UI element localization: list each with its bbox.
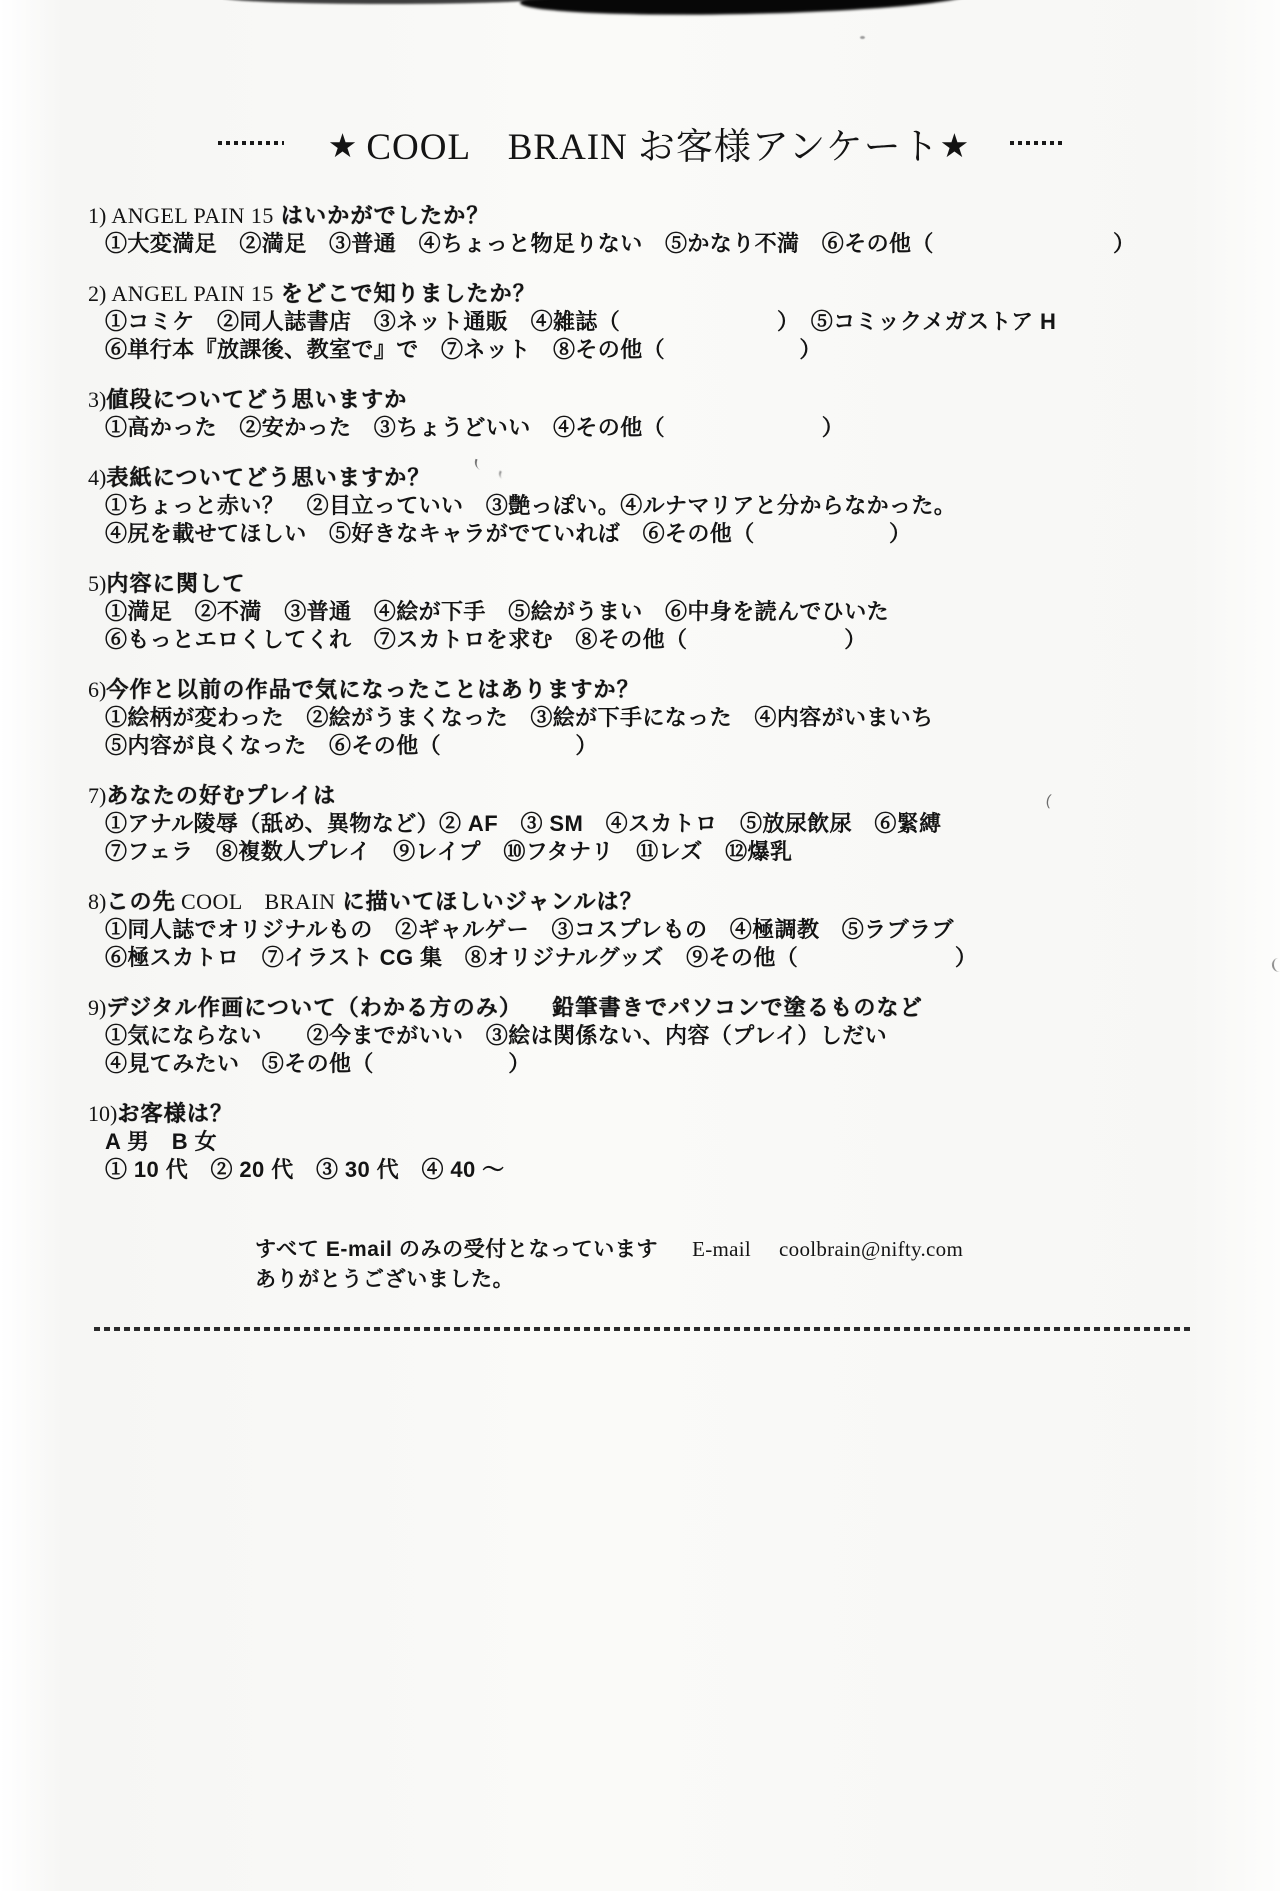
question-7-header: 7)あなたの好むプレイは — [88, 782, 1280, 810]
question-3-options: ①高かった ②安かった ③ちょうどいい ④その他（ ） — [105, 414, 1280, 442]
title-japanese: お客様アンケート — [638, 127, 940, 168]
question-9-options-row2: ④見てみたい ⑤その他（ ） — [105, 1050, 1280, 1078]
star-icon: ★ — [328, 126, 359, 165]
question-number: 2) — [88, 281, 106, 306]
question-title: はいかがでしたか？ — [281, 203, 490, 228]
question-list: 1)ANGEL PAIN 15はいかがでしたか？ ①大変満足 ②満足 ③普通 ④… — [0, 202, 1280, 1184]
question-9-options-row1: ①気にならない ②今までがいい ③絵は関係ない、内容（プレイ）しだい — [105, 1022, 1280, 1050]
question-note: 鉛筆書きでパソコンで塗るものなど — [552, 995, 923, 1020]
question-4-options-row1: ①ちょっと赤い？ ②目立っていい ③艶っぽい。④ルナマリアと分からなかった。 — [105, 492, 1280, 520]
question-10-header: 10)お客様は？ — [88, 1100, 1280, 1128]
question-title: 今作と以前の作品で気になったことはありますか？ — [106, 677, 640, 702]
question-number: 6) — [88, 677, 106, 702]
page-title: ★COOL BRAINお客様アンケート★ — [0, 0, 1280, 170]
bottom-dashed-rule — [94, 1327, 1192, 1331]
title-brand: COOL BRAIN — [366, 127, 627, 168]
question-3-header: 3)値段についてどう思いますか — [88, 386, 1280, 414]
question-title: 表紙についてどう思いますか？ — [106, 465, 430, 490]
question-number: 9) — [88, 995, 106, 1020]
question-number: 10) — [88, 1101, 117, 1126]
question-10-gender-row: A 男 B 女 — [105, 1128, 1280, 1156]
scanned-questionnaire-page: ( ★COOL BRAINお客様アンケート★ 1)ANGEL PAIN 15はい… — [0, 0, 1280, 1891]
email-label: E-mail — [692, 1237, 751, 1261]
question-title: をどこで知りましたか？ — [281, 281, 536, 306]
dashed-rule-right — [1010, 141, 1062, 145]
question-title: 値段についてどう思いますか — [106, 387, 407, 412]
question-5-options-row2: ⑥もっとエロくしてくれ ⑦スカトロを求む ⑧その他（ ） — [105, 626, 1280, 654]
question-8: 8)この先COOL BRAINに描いてほしいジャンルは？ ①同人誌でオリジナルも… — [88, 888, 1280, 972]
question-title: に描いてほしいジャンルは？ — [342, 889, 643, 914]
question-5: 5)内容に関して ①満足 ②不満 ③普通 ④絵が下手 ⑤絵がうまい ⑥中身を読ん… — [88, 570, 1280, 654]
question-1: 1)ANGEL PAIN 15はいかがでしたか？ ①大変満足 ②満足 ③普通 ④… — [88, 202, 1280, 258]
question-title: 内容に関して — [106, 571, 245, 596]
question-10: 10)お客様は？ A 男 B 女 ① 10 代 ② 20 代 ③ 30 代 ④ … — [88, 1100, 1280, 1184]
question-9: 9)デジタル作画について（わかる方のみ）鉛筆書きでパソコンで塗るものなど ①気に… — [88, 994, 1280, 1078]
question-number: 1) — [88, 203, 106, 228]
footer-contact-text: すべて E-mail のみの受付となっています — [255, 1238, 658, 1261]
question-8-header: 8)この先COOL BRAINに描いてほしいジャンルは？ — [88, 888, 1280, 916]
question-number: 5) — [88, 571, 106, 596]
question-title: デジタル作画について（わかる方のみ） — [106, 995, 522, 1020]
footer: すべて E-mail のみの受付となっていますE-mailcoolbrain@n… — [255, 1234, 1280, 1295]
email-address: coolbrain@nifty.com — [779, 1237, 963, 1261]
star-icon: ★ — [940, 126, 971, 165]
question-4-header: 4)表紙についてどう思いますか？ — [88, 464, 1280, 492]
question-5-header: 5)内容に関して — [88, 570, 1280, 598]
question-6: 6)今作と以前の作品で気になったことはありますか？ ①絵柄が変わった ②絵がうま… — [88, 676, 1280, 760]
footer-contact-line: すべて E-mail のみの受付となっていますE-mailcoolbrain@n… — [255, 1234, 1280, 1265]
question-3: 3)値段についてどう思いますか ①高かった ②安かった ③ちょうどいい ④その他… — [88, 386, 1280, 442]
question-latin-text: ANGEL PAIN 15 — [111, 281, 274, 306]
question-7-options-row1: ①アナル陵辱（舐め、異物など）② AF ③ SM ④スカトロ ⑤放尿飲尿 ⑥緊縛 — [105, 810, 1280, 838]
question-latin-text: ANGEL PAIN 15 — [111, 203, 274, 228]
question-2: 2)ANGEL PAIN 15をどこで知りましたか？ ①コミケ ②同人誌書店 ③… — [88, 280, 1280, 364]
question-1-header: 1)ANGEL PAIN 15はいかがでしたか？ — [88, 202, 1280, 230]
question-latin-text: COOL BRAIN — [181, 889, 336, 914]
question-6-options-row2: ⑤内容が良くなった ⑥その他（ ） — [105, 732, 1280, 760]
question-title-prefix: この先 — [106, 889, 176, 914]
question-10-age-row: ① 10 代 ② 20 代 ③ 30 代 ④ 40 ～ — [105, 1156, 1280, 1184]
question-number: 7) — [88, 783, 106, 808]
question-4-options-row2: ④尻を載せてほしい ⑤好きなキャラがでていれば ⑥その他（ ） — [105, 520, 1280, 548]
dashed-rule-left — [218, 141, 284, 145]
question-title: あなたの好むプレイは — [106, 783, 336, 808]
question-number: 4) — [88, 465, 106, 490]
question-7-options-row2: ⑦フェラ ⑧複数人プレイ ⑨レイプ ⑩フタナリ ⑪レズ ⑫爆乳 — [105, 838, 1280, 866]
footer-thanks-line: ありがとうございました。 — [255, 1265, 1280, 1295]
question-9-header: 9)デジタル作画について（わかる方のみ）鉛筆書きでパソコンで塗るものなど — [88, 994, 1280, 1022]
question-8-options-row1: ①同人誌でオリジナルもの ②ギャルゲー ③コスプレもの ④極調教 ⑤ラブラブ — [105, 916, 1280, 944]
question-6-options-row1: ①絵柄が変わった ②絵がうまくなった ③絵が下手になった ④内容がいまいち — [105, 704, 1280, 732]
question-5-options-row1: ①満足 ②不満 ③普通 ④絵が下手 ⑤絵がうまい ⑥中身を読んでひいた — [105, 598, 1280, 626]
question-4: 4)表紙についてどう思いますか？ ①ちょっと赤い？ ②目立っていい ③艶っぽい。… — [88, 464, 1280, 548]
question-8-options-row2: ⑥極スカトロ ⑦イラスト CG 集 ⑧オリジナルグッズ ⑨その他（ ） — [105, 944, 1280, 972]
question-1-options: ①大変満足 ②満足 ③普通 ④ちょっと物足りない ⑤かなり不満 ⑥その他（ ） — [105, 230, 1280, 258]
question-title: お客様は？ — [117, 1101, 233, 1126]
question-2-options-row1: ①コミケ ②同人誌書店 ③ネット通販 ④雑誌（ ） ⑤コミックメガストア H — [105, 308, 1280, 336]
question-7: 7)あなたの好むプレイは ①アナル陵辱（舐め、異物など）② AF ③ SM ④ス… — [88, 782, 1280, 866]
question-number: 3) — [88, 387, 106, 412]
question-number: 8) — [88, 889, 106, 914]
question-2-header: 2)ANGEL PAIN 15をどこで知りましたか？ — [88, 280, 1280, 308]
question-6-header: 6)今作と以前の作品で気になったことはありますか？ — [88, 676, 1280, 704]
question-2-options-row2: ⑥単行本『放課後、教室で』で ⑦ネット ⑧その他（ ） — [105, 336, 1280, 364]
